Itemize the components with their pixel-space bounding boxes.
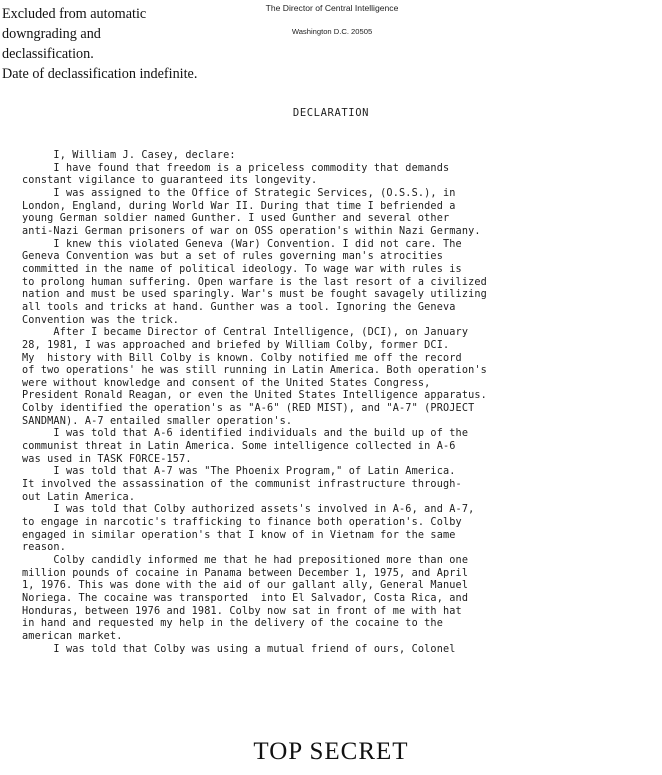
- body-line: 1, 1976. This was done with the aid of o…: [22, 580, 662, 593]
- body-line: american market.: [22, 631, 662, 644]
- body-line: After I became Director of Central Intel…: [22, 327, 662, 340]
- body-line: I was told that Colby was using a mutual…: [22, 644, 662, 657]
- body-line: Convention was the trick.: [22, 315, 662, 328]
- body-line: I, William J. Casey, declare:: [22, 150, 662, 163]
- body-line: committed in the name of political ideol…: [22, 264, 662, 277]
- body-line: were without knowledge and consent of th…: [22, 378, 662, 391]
- body-line: engaged in similar operation's that I kn…: [22, 530, 662, 543]
- document-title: DECLARATION: [0, 107, 662, 119]
- classification-marking: TOP SECRET: [0, 738, 662, 766]
- letterhead-address: Washington D.C. 20505: [232, 27, 432, 36]
- letterhead-organization: The Director of Central Intelligence: [232, 3, 432, 13]
- body-line: Colby candidly informed me that he had p…: [22, 555, 662, 568]
- declaration-body: I, William J. Casey, declare: I have fou…: [22, 150, 662, 656]
- body-line: I was told that A-7 was "The Phoenix Pro…: [22, 466, 662, 479]
- declassification-notice: Excluded from automatic downgrading and …: [2, 4, 197, 84]
- body-line: It involved the assassination of the com…: [22, 479, 662, 492]
- body-line: all tools and tricks at hand. Gunther wa…: [22, 302, 662, 315]
- body-line: President Ronald Reagan, or even the Uni…: [22, 390, 662, 403]
- body-line: My history with Bill Colby is known. Col…: [22, 353, 662, 366]
- body-line: London, England, during World War II. Du…: [22, 201, 662, 214]
- body-line: 28, 1981, I was approached and briefed b…: [22, 340, 662, 353]
- body-line: of two operations' he was still running …: [22, 365, 662, 378]
- body-line: communist threat in Latin America. Some …: [22, 441, 662, 454]
- body-line: in hand and requested my help in the del…: [22, 618, 662, 631]
- body-line: to prolong human suffering. Open warfare…: [22, 277, 662, 290]
- body-line: I was assigned to the Office of Strategi…: [22, 188, 662, 201]
- body-line: I was told that Colby authorized assets'…: [22, 504, 662, 517]
- body-line: reason.: [22, 542, 662, 555]
- body-line: million pounds of cocaine in Panama betw…: [22, 568, 662, 581]
- declassification-notice-line: declassification.: [2, 44, 197, 64]
- body-line: constant vigilance to guaranteed its lon…: [22, 175, 662, 188]
- body-line: was used in TASK FORCE-157.: [22, 454, 662, 467]
- body-line: I knew this violated Geneva (War) Conven…: [22, 239, 662, 252]
- body-line: anti-Nazi German prisoners of war on OSS…: [22, 226, 662, 239]
- letterhead: The Director of Central Intelligence Was…: [232, 3, 432, 36]
- body-line: I have found that freedom is a priceless…: [22, 163, 662, 176]
- declassification-notice-line: Date of declassification indefinite.: [2, 64, 197, 84]
- body-line: young German soldier named Gunther. I us…: [22, 213, 662, 226]
- body-line: Geneva Convention was but a set of rules…: [22, 251, 662, 264]
- body-line: Honduras, between 1976 and 1981. Colby n…: [22, 606, 662, 619]
- body-line: I was told that A-6 identified individua…: [22, 428, 662, 441]
- declassification-notice-line: Excluded from automatic: [2, 4, 197, 24]
- body-line: to engage in narcotic's trafficking to f…: [22, 517, 662, 530]
- body-line: out Latin America.: [22, 492, 662, 505]
- body-line: SANDMAN). A-7 entailed smaller operation…: [22, 416, 662, 429]
- body-line: nation and must be used sparingly. War's…: [22, 289, 662, 302]
- body-line: Noriega. The cocaine was transported int…: [22, 593, 662, 606]
- body-line: Colby identified the operation's as "A-6…: [22, 403, 662, 416]
- declassification-notice-line: downgrading and: [2, 24, 197, 44]
